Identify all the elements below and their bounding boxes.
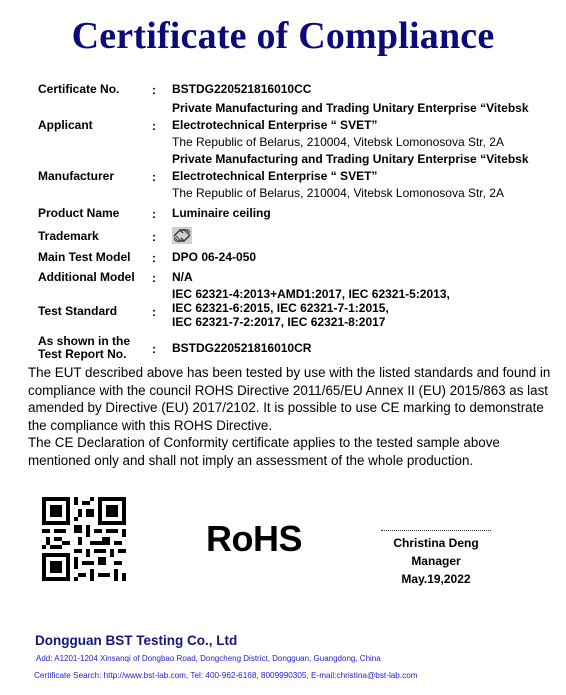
manufacturer-line-3: The Republic of Belarus, 210004, Vitebsk… bbox=[172, 185, 562, 202]
test-report-label: As shown in the Test Report No. bbox=[38, 335, 148, 361]
rohs-mark: RoHS bbox=[206, 518, 302, 560]
colon: : bbox=[152, 251, 156, 265]
signature-date: May.19,2022 bbox=[378, 570, 494, 588]
colon: : bbox=[152, 170, 156, 184]
certificate-title: Certificate of Compliance bbox=[0, 14, 566, 58]
test-report-value: BSTDG220521816010CR bbox=[172, 340, 562, 357]
applicant-line-1: Private Manufacturing and Trading Unitar… bbox=[172, 100, 562, 117]
signer-title: Manager bbox=[378, 552, 494, 570]
colon: : bbox=[152, 83, 156, 97]
test-standard-line-1: IEC 62321-4:2013+AMD1:2017, IEC 62321-5:… bbox=[172, 287, 562, 301]
colon: : bbox=[152, 305, 156, 319]
test-standard-line-2: IEC 62321-6:2015, IEC 62321-7-1:2015, bbox=[172, 301, 562, 315]
main-test-model-label: Main Test Model bbox=[38, 251, 148, 264]
colon: : bbox=[152, 119, 156, 133]
manufacturer-line-2: Electrotechnical Enterprise “ SVET” bbox=[172, 168, 562, 185]
manufacturer-value: Private Manufacturing and Trading Unitar… bbox=[172, 151, 562, 202]
manufacturer-label: Manufacturer bbox=[38, 170, 148, 183]
colon: : bbox=[152, 271, 156, 285]
qr-code-icon bbox=[42, 497, 126, 581]
applicant-line-3: The Republic of Belarus, 210004, Vitebsk… bbox=[172, 134, 562, 151]
colon: : bbox=[152, 230, 156, 244]
additional-model-label: Additional Model bbox=[38, 271, 148, 284]
trademark-logo-icon bbox=[172, 227, 192, 244]
company-name: Dongguan BST Testing Co., Ltd bbox=[35, 633, 237, 648]
colon: : bbox=[152, 342, 156, 356]
signature-block: Christina Deng Manager May.19,2022 bbox=[378, 530, 494, 588]
additional-model-value: N/A bbox=[172, 269, 562, 286]
compliance-statement: The EUT described above has been tested … bbox=[28, 364, 558, 470]
certificate-no-value: BSTDG220521816010CC bbox=[172, 81, 562, 98]
certificate-search-info: Certificate Search: http://www.bst-lab.c… bbox=[34, 671, 418, 680]
certificate-no-label: Certificate No. bbox=[38, 83, 148, 96]
signature-line bbox=[381, 530, 491, 532]
trademark-label: Trademark bbox=[38, 230, 148, 243]
product-name-value: Luminaire ceiling bbox=[172, 205, 562, 222]
applicant-value: Private Manufacturing and Trading Unitar… bbox=[172, 100, 562, 151]
company-address: Add: A1201-1204 Xinsanqi of Dongbao Road… bbox=[36, 654, 381, 663]
test-standard-line-3: IEC 62321-7-2:2017, IEC 62321-8:2017 bbox=[172, 315, 562, 329]
main-test-model-value: DPO 06-24-050 bbox=[172, 249, 562, 266]
manufacturer-line-1: Private Manufacturing and Trading Unitar… bbox=[172, 151, 562, 168]
applicant-label: Applicant bbox=[38, 119, 148, 132]
test-standard-value: IEC 62321-4:2013+AMD1:2017, IEC 62321-5:… bbox=[172, 287, 562, 329]
applicant-line-2: Electrotechnical Enterprise “ SVET” bbox=[172, 117, 562, 134]
product-name-label: Product Name bbox=[38, 207, 148, 220]
signer-name: Christina Deng bbox=[378, 534, 494, 552]
colon: : bbox=[152, 207, 156, 221]
test-standard-label: Test Standard bbox=[38, 305, 148, 318]
